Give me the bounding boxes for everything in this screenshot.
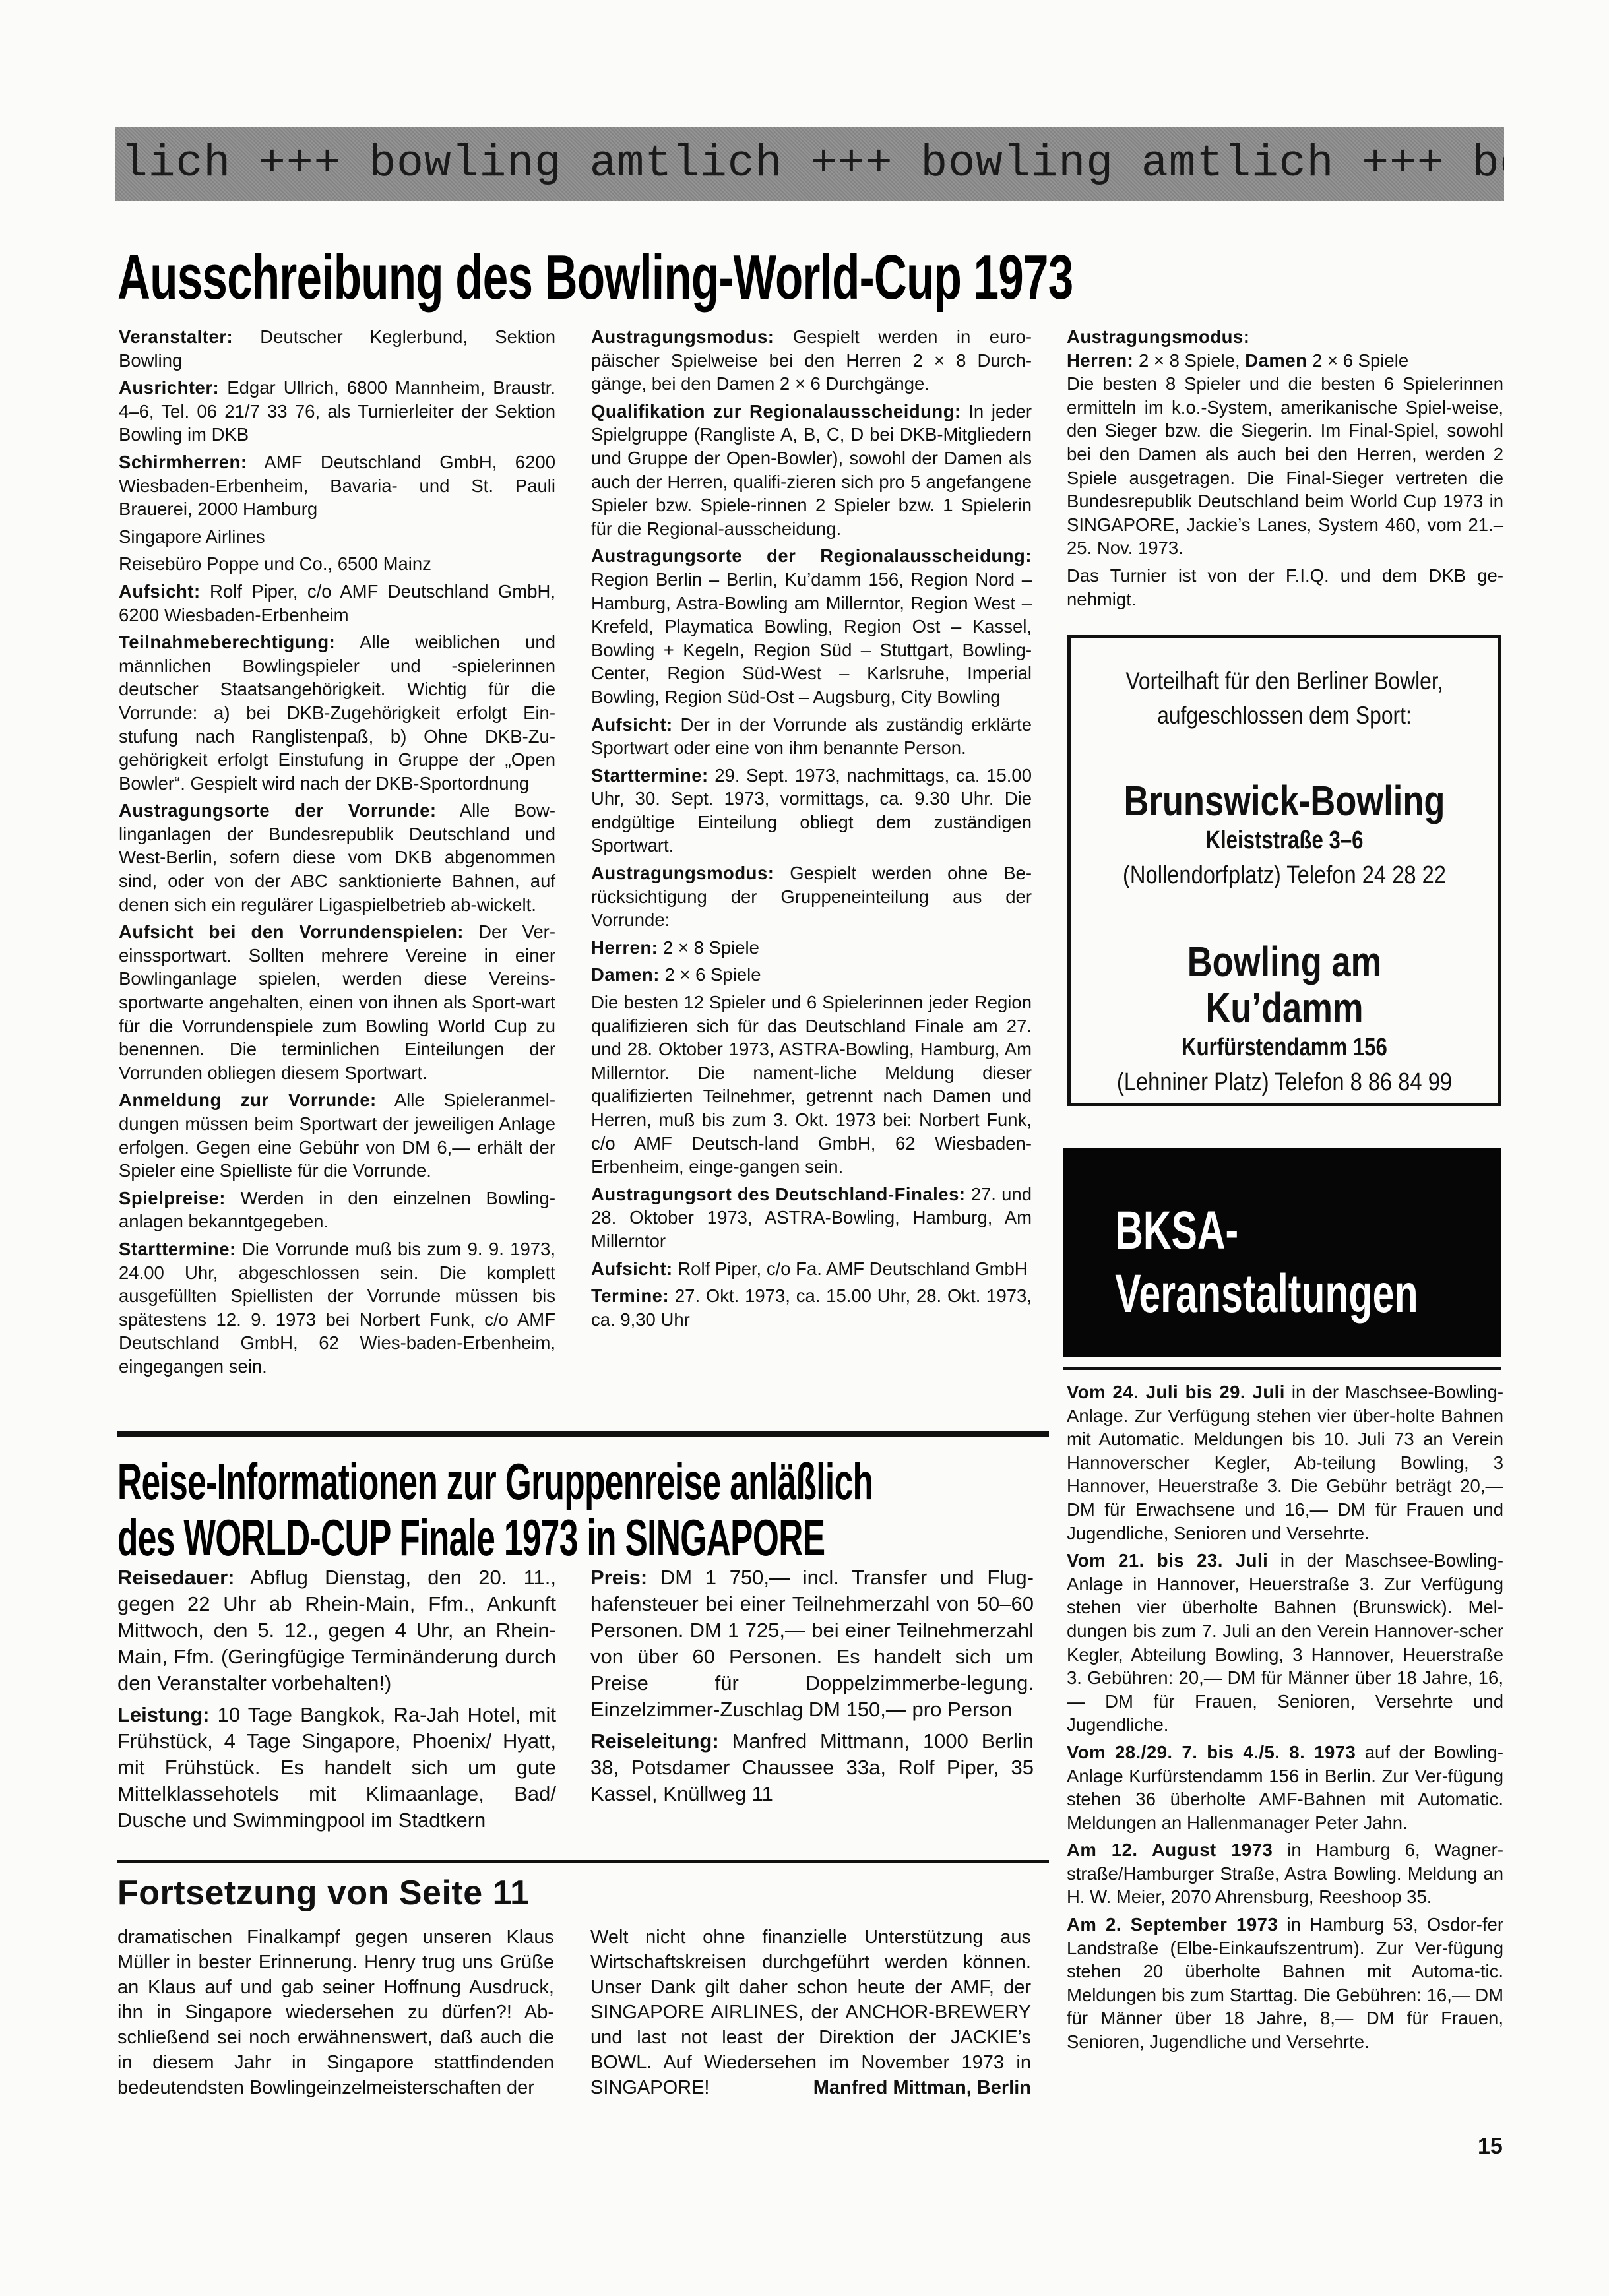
paragraph: Die besten 12 Spieler und 6 Spielerinnen… [591,991,1032,1179]
venue1-phone: (Nollendorfplatz) Telefon 24 28 22 [1100,857,1468,894]
paragraph: Austragungsorte der Regionalausscheidung… [591,544,1032,708]
paragraph: Reisedauer: Abflug Dienstag, den 20. 11.… [117,1565,556,1696]
herren-text: 2 × 8 Spiele, [1133,350,1245,371]
paragraph: Austragungsort des Deutschland-Finales: … [591,1183,1032,1253]
paragraph-label: Preis: [590,1566,647,1589]
paragraph: Ausrichter: Edgar Ullrich, 6800 Mannheim… [119,376,555,447]
paragraph: Aufsicht bei den Vorrundenspielen: Der V… [119,920,555,1084]
paragraph-text: Singapore Airlines [119,526,265,547]
advert-intro-2: aufgeschlossen dem Sport: [1100,698,1468,733]
paragraph-label: Leistung: [117,1703,210,1726]
travel-headline-2: des WORLD-CUP Finale 1973 in SINGAPORE [117,1506,825,1569]
venue1-address: Kleiststraße 3–6 [1109,824,1459,857]
paragraph-label: Reisedauer: [117,1566,234,1589]
final-mode-text: Die besten 8 Spieler und die besten 6 Sp… [1067,373,1503,558]
paragraph-text: 2 × 8 Spiele [658,937,759,958]
paragraph: Vom 28./29. 7. bis 4./5. 8. 1973 auf der… [1067,1741,1503,1834]
paragraph-text: Der Ver-einssportwart. Sollten mehrere V… [119,921,555,1083]
section-divider [117,1431,1049,1437]
paragraph-text: Rolf Piper, c/o Fa. AMF Deutschland GmbH [673,1258,1028,1279]
bksa-title-box: BKSA- Veranstaltungen [1063,1148,1501,1357]
paragraph-label: Teilnahmeberechtigung: [119,632,335,652]
paragraph-label: Reiseleitung: [590,1729,719,1753]
paragraph: Anmeldung zur Vorrunde: Alle Spieleranme… [119,1088,555,1182]
venue1-name: Brunswick-Bowling [1109,778,1459,824]
paragraph: Veranstalter: Deutscher Keglerbund, Sekt… [119,325,555,372]
venue2-address: Kurfürstendamm 156 [1109,1031,1459,1064]
venue2-name: Bowling am Ku’damm [1109,939,1459,1031]
paragraph: Austragungsmodus: Gespielt werden ohne B… [591,861,1032,932]
advert-intro-1: Vorteilhaft für den Berliner Bowler, [1100,664,1468,698]
banner-text: lich +++ bowling amtlich +++ bowling amt… [115,127,1504,201]
paragraph-label: Qualifikation zur Regionalausscheidung: [591,401,961,421]
paragraph-text: in der Maschsee-Bowling-Anlage. Zur Verf… [1067,1382,1503,1543]
paragraph-label: Austragungsorte der Vorrunde: [119,800,437,821]
paragraph-text: Die besten 12 Spieler und 6 Spielerinnen… [591,992,1032,1177]
paragraph: Preis: DM 1 750,— incl. Transfer und Flu… [590,1565,1034,1723]
paragraph-label: Aufsicht: [119,581,201,602]
paragraph: Singapore Airlines [119,525,555,549]
approval-text: Das Turnier ist von der F.I.Q. und dem D… [1067,564,1503,611]
paragraph: Termine: 27. Okt. 1973, ca. 15.00 Uhr, 2… [591,1284,1032,1331]
paragraph-label: Austragungsmodus: [591,326,774,347]
paragraph-label: Ausrichter: [119,377,219,398]
paragraph-text: Region Berlin – Berlin, Ku’damm 156, Reg… [591,569,1032,707]
paragraph-label: Damen: [591,964,660,985]
bksa-events: Vom 24. Juli bis 29. Juli in der Maschse… [1067,1381,1503,2058]
travel-headline-1: Reise-Informationen zur Gruppenreise anl… [117,1450,873,1513]
continuation-left-text: dramatischen Finalkampf gegen unseren Kl… [117,1927,554,2098]
paragraph-label: Vom 24. Juli bis 29. Juli [1067,1382,1285,1402]
paragraph-text: Reisebüro Poppe und Co., 6500 Mainz [119,553,431,574]
damen-text: 2 × 6 Spiele [1307,350,1408,371]
paragraph: Aufsicht: Rolf Piper, c/o AMF Deutschlan… [119,580,555,627]
paragraph: Vom 21. bis 23. Juli in der Maschsee-Bow… [1067,1549,1503,1737]
paragraph: Spielpreise: Werden in den einzelnen Bow… [119,1187,555,1233]
paragraph-label: Anmeldung zur Vorrunde: [119,1090,377,1110]
paragraph: Aufsicht: Der in der Vorrunde als zustän… [591,713,1032,760]
paragraph-label: Am 2. September 1973 [1067,1914,1278,1935]
continuation-right-text: Welt nicht ohne finanzielle Unterstützun… [590,1927,1031,2098]
paragraph-text: In jeder Spielgruppe (Rangliste A, B, C,… [591,401,1032,539]
continuation-divider [117,1860,1049,1863]
paragraph-text: 2 × 6 Spiele [660,964,761,985]
paragraph-label: Vom 21. bis 23. Juli [1067,1550,1268,1570]
paragraph-text: DM 1 750,— incl. Transfer und Flug-hafen… [590,1566,1034,1721]
paragraph: Teilnahmeberechtigung: Alle weiblichen u… [119,631,555,795]
travel-left: Reisedauer: Abflug Dienstag, den 20. 11.… [117,1565,556,1839]
paragraph-label: Schirmherren: [119,452,247,472]
author-signature: Manfred Mittman, Berlin [813,2075,1031,2100]
main-headline: Ausschreibung des Bowling-World-Cup 1973 [117,241,1073,314]
venue2-phone: (Lehniner Platz) Telefon 8 86 84 99 [1100,1064,1468,1101]
paragraph: Starttermine: 29. Sept. 1973, nachmittag… [591,764,1032,857]
page-number: 15 [1478,2134,1503,2159]
paragraph: Vom 24. Juli bis 29. Juli in der Maschse… [1067,1381,1503,1545]
column-3: Austragungsmodus: Herren: 2 × 8 Spiele, … [1067,325,1503,615]
paragraph-text: in der Maschsee-Bowling-Anlage in Hannov… [1067,1550,1503,1735]
paragraph: Austragungsorte der Vorrunde: Alle Bow-l… [119,799,555,916]
paragraph-label: Aufsicht: [591,714,673,735]
paragraph: Reiseleitung: Manfred Mittmann, 1000 Ber… [590,1728,1034,1807]
paragraph-label: Starttermine: [119,1239,236,1259]
bksa-divider [1063,1367,1501,1370]
paragraph: Am 12. August 1973 in Hamburg 6, Wagner-… [1067,1838,1503,1909]
paragraph: Leistung: 10 Tage Bangkok, Ra-Jah Hotel,… [117,1702,556,1834]
paragraph-text: Alle weiblichen und männlichen Bowlingsp… [119,632,555,793]
damen-label: Damen [1245,350,1307,371]
paragraph: Damen: 2 × 6 Spiele [591,963,1032,987]
berlin-bowling-advert: Vorteilhaft für den Berliner Bowler, auf… [1067,635,1501,1106]
section-banner: lich +++ bowling amtlich +++ bowling amt… [115,127,1504,201]
paragraph-label: Spielpreise: [119,1188,226,1208]
continuation-left: dramatischen Finalkampf gegen unseren Kl… [117,1925,554,2100]
column-1: Veranstalter: Deutscher Keglerbund, Sekt… [119,325,555,1382]
paragraph: Austragungsmodus: Gespielt werden in eur… [591,325,1032,396]
paragraph: Herren: 2 × 8 Spiele [591,936,1032,960]
column-2: Austragungsmodus: Gespielt werden in eur… [591,325,1032,1335]
continuation-heading: Fortsetzung von Seite 11 [117,1873,530,1913]
paragraph-label: Vom 28./29. 7. bis 4./5. 8. 1973 [1067,1742,1356,1762]
paragraph-label: Austragungsorte der Regionalausscheidung… [591,545,1032,566]
paragraph-label: Am 12. August 1973 [1067,1840,1273,1860]
paragraph: Am 2. September 1973 in Hamburg 53, Osdo… [1067,1913,1503,2054]
paragraph-label: Starttermine: [591,765,709,786]
bksa-title-line1: BKSA- [1063,1199,1379,1262]
mode-heading: Austragungsmodus: [1067,326,1249,347]
paragraph-label: Aufsicht: [591,1258,673,1279]
paragraph-label: Herren: [591,937,658,958]
paragraph-text: Die Vorrunde muß bis zum 9. 9. 1973, 24.… [119,1239,555,1377]
paragraph: Qualifikation zur Regionalausscheidung: … [591,400,1032,541]
paragraph-label: Veranstalter: [119,326,233,347]
paragraph-label: Aufsicht bei den Vorrundenspielen: [119,921,464,942]
paragraph-label: Austragungsmodus: [591,863,774,883]
paragraph-text: in Hamburg 53, Osdor-fer Landstraße (Elb… [1067,1914,1503,2052]
bksa-title-line2: Veranstaltungen [1063,1262,1379,1326]
paragraph-label: Termine: [591,1286,669,1306]
herren-label: Herren: [1067,350,1133,371]
paragraph: Aufsicht: Rolf Piper, c/o Fa. AMF Deutsc… [591,1257,1032,1281]
paragraph: Schirmherren: AMF Deutschland GmbH, 6200… [119,450,555,521]
travel-right: Preis: DM 1 750,— incl. Transfer und Flu… [590,1565,1034,1813]
paragraph: Starttermine: Die Vorrunde muß bis zum 9… [119,1237,555,1379]
paragraph-label: Austragungsort des Deutschland-Finales: [591,1184,966,1204]
paragraph: Reisebüro Poppe und Co., 6500 Mainz [119,552,555,576]
continuation-right: Welt nicht ohne finanzielle Unterstützun… [590,1925,1031,2100]
